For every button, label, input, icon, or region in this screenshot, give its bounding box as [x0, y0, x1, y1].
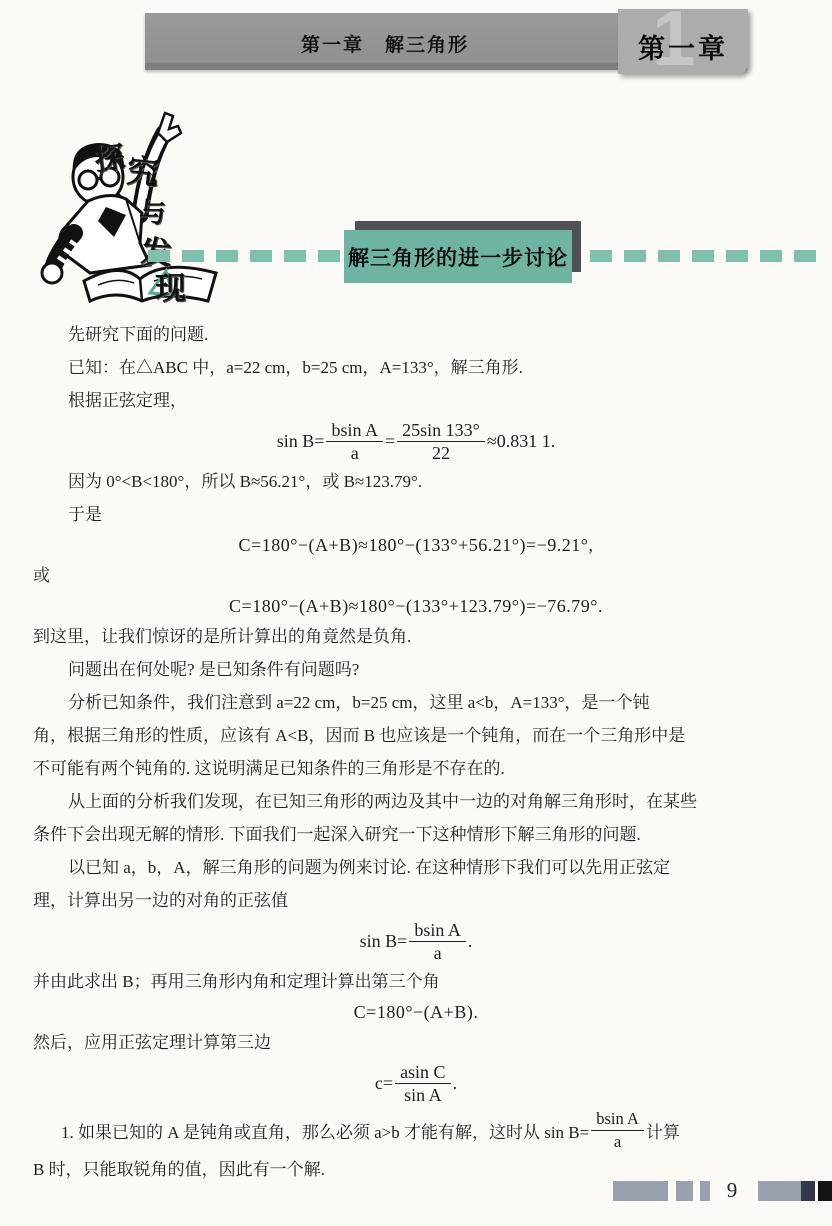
text-line: 或 [33, 559, 799, 592]
text-line: 于是 [33, 498, 799, 531]
formula-part: c= [375, 1073, 393, 1094]
formula-part: . [453, 1073, 458, 1094]
formula-part: sin B= [277, 431, 325, 452]
formula-part: 1. 如果已知的 A 是钝角或直角，那么必须 a>b 才能有解，这时从 sin … [61, 1118, 589, 1143]
text-line: 已知：在△ABC 中，a=22 cm，b=25 cm，A=133°，解三角形. [33, 351, 799, 384]
formula-third-side: c=asin Csin A. [33, 1059, 799, 1107]
illustration-caption-char-3: 与 [139, 191, 166, 230]
textbook-page: 第一章 解三角形 1 第一章 探 究 与 发 现 [0, 0, 832, 1226]
formula-part: 计算 [646, 1118, 680, 1143]
formula-part: . [468, 931, 473, 952]
illustration-caption-char-2: 究 [125, 145, 162, 194]
formula-part: = [385, 431, 395, 452]
chapter-tab: 1 第一章 [618, 9, 748, 74]
denominator: 22 [397, 442, 485, 463]
formula-sinB-general: sin B=bsin Aa. [33, 917, 799, 965]
text-line: 条件下会出现无解的情形. 下面我们一起深入研究一下这种情形下解三角形的问题. [33, 818, 799, 851]
illustration-caption-char-5: 现 [155, 263, 186, 308]
text-line: 根据正弦定理， [33, 384, 799, 417]
footer-accent-black [818, 1181, 832, 1201]
formula-part: sin B= [360, 931, 408, 952]
footer-bar [613, 1181, 668, 1201]
text-line: 并由此求出 B；再用三角形内角和定理计算出第三个角 [33, 965, 799, 998]
fraction: bsin Aa [326, 420, 383, 463]
footer-bar [676, 1181, 693, 1201]
text-line: 不可能有两个钝角的. 这说明满足已知条件的三角形是不存在的. [33, 752, 799, 785]
denominator: a [409, 942, 466, 963]
fraction: bsin Aa [591, 1109, 644, 1152]
formula-C-result-1: C=180°−(A+B)≈180°−(133°+56.21°)=−9.21°, [33, 531, 799, 559]
numerator: bsin A [591, 1109, 644, 1131]
formula-angle-sum: C=180°−(A+B). [33, 998, 799, 1026]
formula-sinB-expanded: sin B=bsin Aa=25sin 133°22≈0.831 1. [33, 417, 799, 465]
numerator: asin C [395, 1062, 451, 1084]
section-title-text: 解三角形的进一步讨论 [348, 242, 568, 272]
denominator: sin A [395, 1084, 451, 1105]
footer-bar [758, 1181, 801, 1201]
fraction: bsin Aa [409, 920, 466, 963]
text-line: 因为 0°<B<180°，所以 B≈56.21°，或 B≈123.79°. [33, 465, 799, 498]
numerator: bsin A [326, 420, 383, 442]
denominator: a [326, 442, 383, 463]
text-line: 角，根据三角形的性质，应该有 A<B，因而 B 也应该是一个钝角，而在一个三角形… [33, 719, 799, 752]
denominator: a [591, 1131, 644, 1152]
illustration-caption-char-1: 探 [91, 132, 127, 180]
numerator: 25sin 133° [397, 420, 485, 442]
footer-accent-navy [801, 1181, 815, 1201]
body-content: 先研究下面的问题. 已知：在△ABC 中，a=22 cm，b=25 cm，A=1… [33, 318, 799, 1186]
text-line: 问题出在何处呢? 是已知条件有问题吗? [33, 653, 799, 686]
page-number: 9 [718, 1178, 746, 1203]
text-line-with-inline-formula: 1. 如果已知的 A 是钝角或直角，那么必须 a>b 才能有解，这时从 sin … [33, 1107, 799, 1153]
fraction: asin Csin A [395, 1062, 451, 1105]
text-line: 分析已知条件，我们注意到 a=22 cm，b=25 cm，这里 a<b，A=13… [33, 686, 799, 719]
chapter-tab-label: 第一章 [618, 27, 748, 66]
fraction: 25sin 133°22 [397, 420, 485, 463]
formula-part: ≈0.831 1. [487, 431, 555, 452]
text-line: 从上面的分析我们发现，在已知三角形的两边及其中一边的对角解三角形时，在某些 [33, 785, 799, 818]
section-title-banner: 解三角形的进一步讨论 [344, 230, 572, 283]
text-line: 到这里，让我们惊讶的是所计算出的角竟然是负角. [33, 620, 799, 653]
text-line: 理，计算出另一边的对角的正弦值 [33, 884, 799, 917]
text-line: 先研究下面的问题. [33, 318, 799, 351]
formula-C-result-2: C=180°−(A+B)≈180°−(133°+123.79°)=−76.79°… [33, 592, 799, 620]
chapter-running-title: 第一章 解三角形 [145, 30, 625, 57]
numerator: bsin A [409, 920, 466, 942]
text-line: 以已知 a，b，A，解三角形的问题为例来讨论. 在这种情形下我们可以先用正弦定 [33, 851, 799, 884]
footer-bar [700, 1181, 710, 1201]
text-line: 然后，应用正弦定理计算第三边 [33, 1026, 799, 1059]
